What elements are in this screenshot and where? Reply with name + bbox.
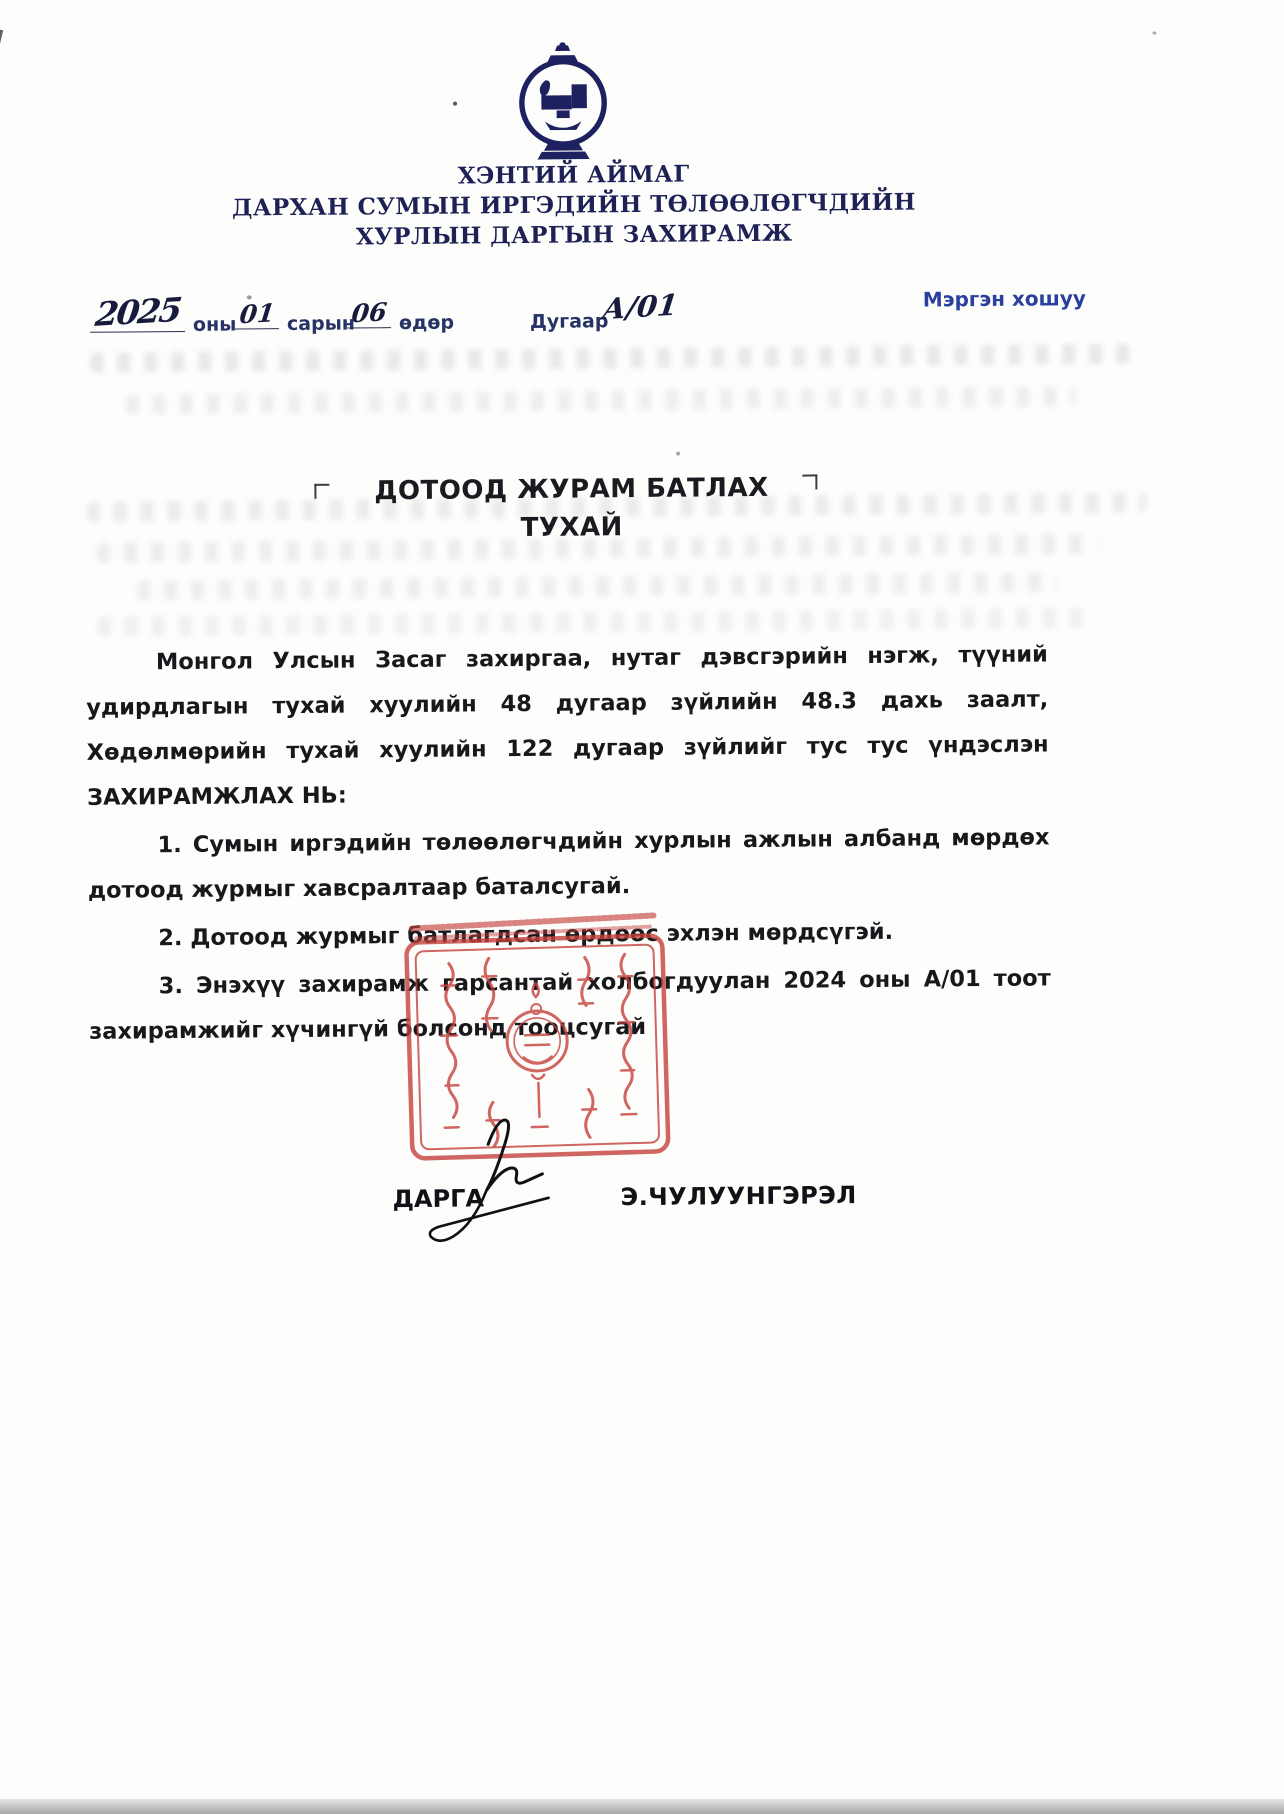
day-blank: 06 [347,298,391,328]
scan-corner-smudge [0,29,19,55]
preamble-paragraph: Монгол Улсын Засаг захиргаа, нутаг дэвсг… [86,632,1050,820]
scan-speck [1152,31,1156,34]
item-1-paragraph: 1. Сумын иргэдийн төлөөлөгчдийн хурлын а… [87,815,1050,913]
state-emblem-icon [507,34,618,165]
scanned-decree-page: ХЭНТИЙ АЙМАГ ДАРХАН СУМЫН ИРГЭДИЙН ТӨЛӨӨ… [0,0,1284,1814]
location-label: Мэргэн хошуу [923,286,1086,311]
scan-speck [676,452,680,456]
scan-ghost-line [137,572,1057,600]
year-handwritten: 2025 [93,290,182,334]
scan-speck [247,295,252,299]
month-handwritten: 01 [238,298,276,329]
document-title: ДОТООД ЖУРАМ БАТЛАХ ТУХАЙ [56,466,1087,551]
scan-ghost-line [90,344,1130,373]
year-label: оны [193,314,237,336]
day-handwritten: 06 [350,297,388,328]
scan-speck [453,102,457,106]
year-blank: 2025 [90,292,185,333]
letterhead: ХЭНТИЙ АЙМАГ ДАРХАН СУМЫН ИРГЭДИЙН ТӨЛӨӨ… [24,156,1125,256]
signer-name: Э.ЧУЛУУНГЭРЭЛ [620,1181,856,1211]
dateline: 2025 оны 01 сарын 06 өдөр Дугаар А/01 Мэ… [0,282,1279,349]
scan-ghost-line [126,386,1076,414]
day-label: өдөр [399,312,454,334]
month-label: сарын [287,312,355,335]
scanner-edge-band [0,1799,1284,1814]
signature-stroke [414,1105,595,1247]
number-label: Дугаар [530,310,609,333]
scan-tilt-wrapper: ХЭНТИЙ АЙМАГ ДАРХАН СУМЫН ИРГЭДИЙН ТӨЛӨӨ… [0,0,1284,1814]
number-handwritten-wrap: А/01 [603,290,678,325]
number-handwritten: А/01 [601,288,680,327]
signer-title: ДАРГА [392,1184,484,1213]
month-blank: 01 [235,299,279,329]
